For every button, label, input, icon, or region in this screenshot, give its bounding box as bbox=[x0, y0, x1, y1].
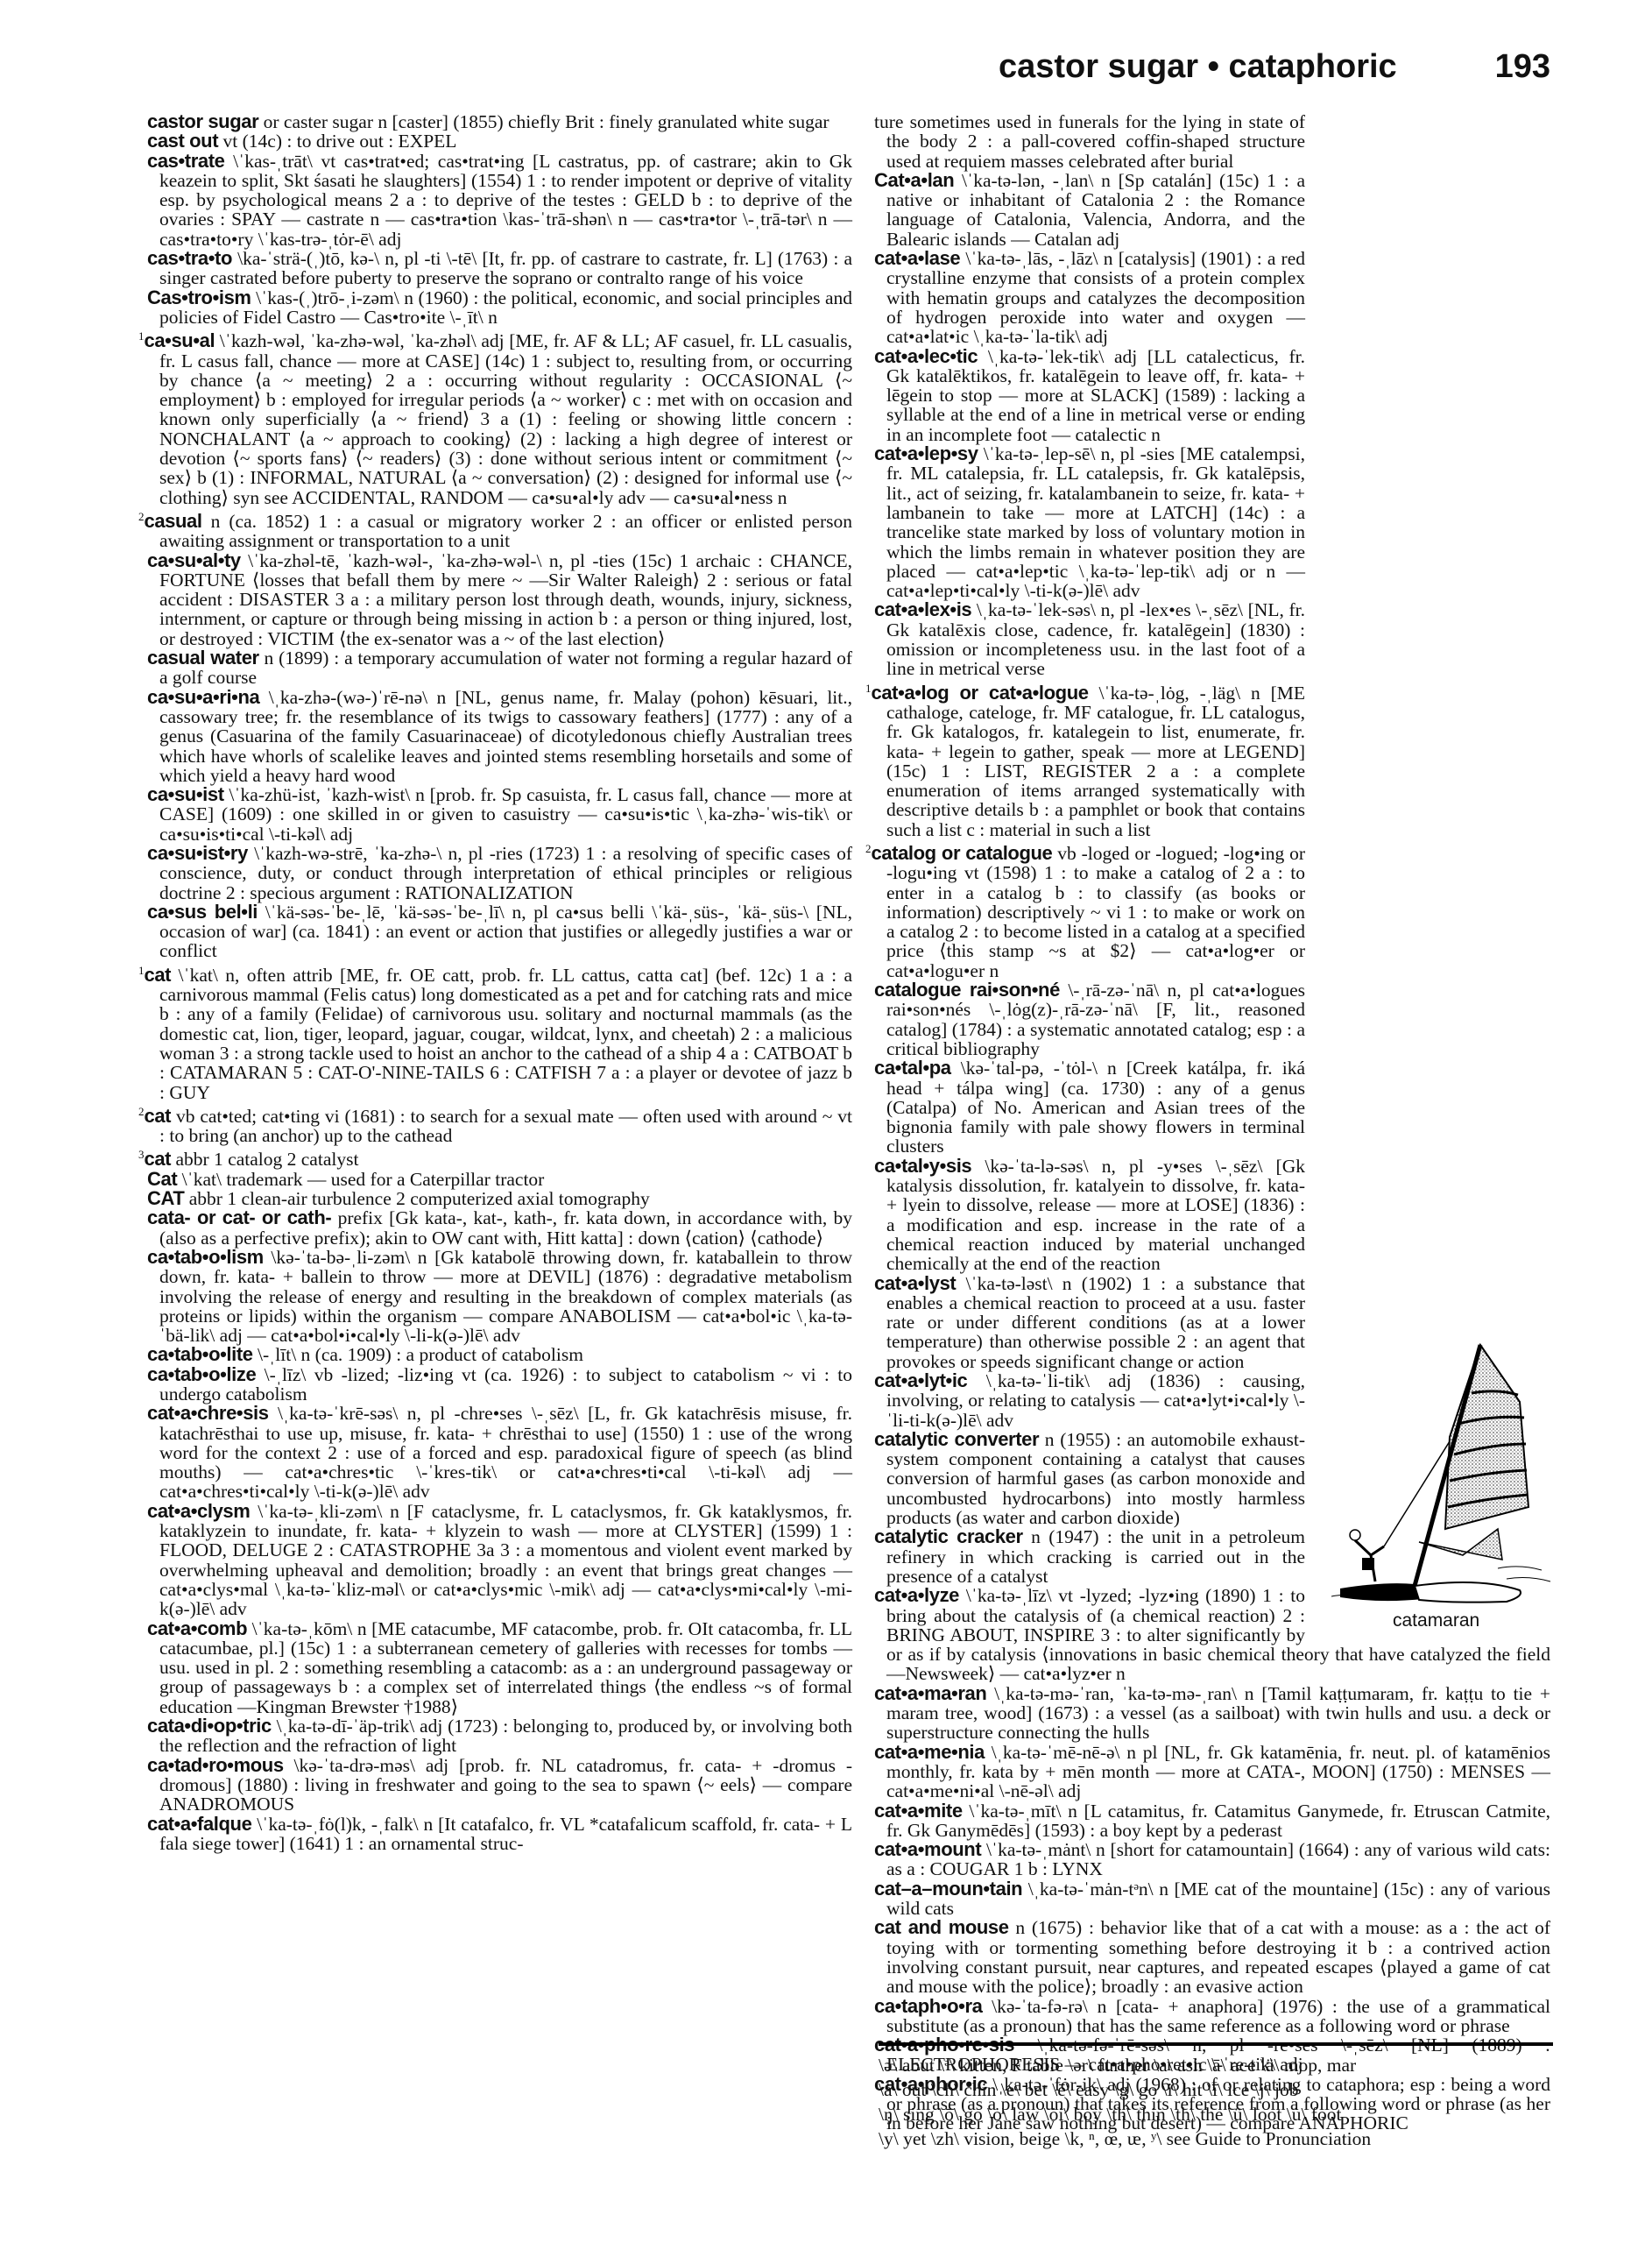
page-number: 193 bbox=[1495, 48, 1550, 86]
definition-text: \ˈkazh-wə-strē, ˈka-zhə-\ n, pl -ries (1… bbox=[159, 843, 852, 903]
headword: cat•a•mount bbox=[874, 1838, 981, 1860]
definition-text: \ˈkä-səs-ˈbe-ˌlē, ˈkä-səs-ˈbe-ˌlī\ n, pl… bbox=[159, 902, 852, 962]
headword: cat bbox=[145, 1148, 172, 1170]
dictionary-entry: ca•tad•ro•mous \kə-ˈta-drə-məs\ adj [pro… bbox=[147, 1756, 852, 1815]
definition-text: ture sometimes used in funerals for the … bbox=[874, 111, 1305, 172]
headword: catalogue rai•son•né bbox=[874, 979, 1060, 1001]
headword: ca•taph•o•ra bbox=[874, 1995, 982, 2017]
definition-text: \ˈka-tə-ˌlep-sē\ n, pl -sies [ME catalem… bbox=[886, 443, 1305, 601]
dictionary-entry: cas•trate \ˈkas-ˌtrāt\ vt cas•trat•ed; c… bbox=[147, 152, 852, 249]
definition-text: \kə-ˈta-fə-rə\ n [cata- + anaphora] (197… bbox=[886, 1996, 1550, 2036]
dictionary-entry: 2cat vb cat•ted; cat•ting vi (1681) : to… bbox=[147, 1102, 852, 1146]
dictionary-entry: cast out vt (14c) : to drive out : EXPEL bbox=[147, 131, 852, 151]
definition-text: vb cat•ted; cat•ting vi (1681) : to sear… bbox=[159, 1106, 852, 1146]
definition-text: \ˈka-zhü-ist, ˈkazh-wist\ n [prob. fr. S… bbox=[159, 784, 852, 845]
headword: cat•a•lec•tic bbox=[874, 345, 978, 367]
dictionary-entry: cata- or cat- or cath- prefix [Gk kata-,… bbox=[147, 1208, 852, 1248]
headword: cat–a–moun•tain bbox=[874, 1878, 1022, 1900]
dictionary-entry: cat•a•ma•ran \ˌka-tə-mə-ˈran, ˈka-tə-mə-… bbox=[874, 1684, 1550, 1743]
definition-text: \ˌka-tə-mə-ˈran, ˈka-tə-mə-ˌran\ n [Tami… bbox=[886, 1683, 1550, 1744]
dictionary-entry: ca•tab•o•lism \kə-ˈta-bə-ˌli-zəm\ n [Gk … bbox=[147, 1248, 852, 1345]
headword: cat•a•mite bbox=[874, 1800, 963, 1822]
dictionary-entry: casual water n (1899) : a temporary accu… bbox=[147, 648, 852, 688]
definition-text: \ˈkat\ trademark — used for a Caterpilla… bbox=[177, 1169, 544, 1190]
dictionary-entry: cat•a•chre•sis \ˌka-tə-ˈkrē-səs\ n, pl -… bbox=[147, 1404, 852, 1501]
headword: catalog or catalogue bbox=[872, 842, 1053, 864]
headword: ca•tal•y•sis bbox=[874, 1155, 971, 1177]
dictionary-entry: 2casual n (ca. 1852) 1 : a casual or mig… bbox=[147, 507, 852, 551]
definition-text: \ˈka-zhəl-tē, ˈkazh-wəl-, ˈka-zhə-wəl-\ … bbox=[159, 550, 852, 649]
dictionary-entry: cat•a•clysm \ˈka-tə-ˌkli-zəm\ n [F catac… bbox=[147, 1502, 852, 1619]
definition-text: \ˈka-tə-ˌmīt\ n [L catamitus, fr. Catami… bbox=[886, 1801, 1550, 1841]
definition-text: \ˈkat\ n, often attrib [ME, fr. OE catt,… bbox=[159, 965, 852, 1103]
headword: casual water bbox=[147, 647, 259, 669]
dictionary-entry: cata•di•op•tric \ˌka-tə-dī-ˈäp-trik\ adj… bbox=[147, 1716, 852, 1756]
definition-text: \kə-ˈta-bə-ˌli-zəm\ n [Gk katabolē throw… bbox=[159, 1247, 852, 1346]
pronunciation-line: \ȧ\ out \ch\ chin \e\ bet \ē\ easy \g\ … bbox=[879, 2077, 1553, 2102]
headword: ca•tad•ro•mous bbox=[147, 1754, 284, 1776]
dictionary-entry: ca•su•ist•ry \ˈkazh-wə-strē, ˈka-zhə-\ n… bbox=[147, 844, 852, 902]
pronunciation-line: \ə\ abut \ᵊ\ kitten, F table \ər\ furthe… bbox=[879, 2053, 1553, 2077]
headword: cat bbox=[145, 1105, 172, 1127]
headword: casual bbox=[145, 510, 202, 532]
definition-text: \ˈka-tə-ˌlȯg, -ˌläg\ n [ME cathaloge, ca… bbox=[886, 683, 1305, 840]
dictionary-entry: cat•a•falque \ˈka-tə-ˌfȯ(l)k, -ˌfalk\ n … bbox=[147, 1815, 852, 1854]
dictionary-entry: 1cat•a•log or cat•a•logue \ˈka-tə-ˌlȯg, … bbox=[874, 679, 1550, 839]
headword: cas•tra•to bbox=[147, 247, 232, 269]
illustration-caption: catamaran bbox=[1393, 1610, 1479, 1631]
headword: ca•tab•o•lism bbox=[147, 1246, 264, 1268]
definition-text: \ˈka-tə-ˌkōm\ n [ME catacumbe, MF cataco… bbox=[159, 1618, 852, 1717]
dictionary-entry: ca•tal•y•sis \kə-ˈta-lə-səs\ n, pl -y•se… bbox=[874, 1157, 1550, 1274]
definition-text: \-ˌlīt\ n (ca. 1909) : a product of cata… bbox=[253, 1344, 583, 1365]
definition-text: vb -loged or -logued; -log•ing or -logu•… bbox=[886, 843, 1305, 981]
running-header: castor sugar • cataphoric 193 bbox=[990, 48, 1550, 92]
dictionary-entry: CAT abbr 1 clean-air turbulence 2 comput… bbox=[147, 1189, 852, 1208]
dictionary-entry: cat•a•lep•sy \ˈka-tə-ˌlep-sē\ n, pl -sie… bbox=[874, 444, 1550, 600]
headword: cat bbox=[145, 964, 172, 986]
dictionary-entry: ca•tal•pa \kə-ˈtal-pə, -ˈtȯl-\ n [Creek … bbox=[874, 1058, 1550, 1156]
headword: castor sugar bbox=[147, 110, 258, 132]
column-left: castor sugar or caster sugar n [caster] … bbox=[147, 112, 852, 1853]
headword: cat•a•lep•sy bbox=[874, 442, 978, 464]
dictionary-entry: cat•a•me•nia \ˌka-tə-ˈmē-nē-ə\ n pl [NL,… bbox=[874, 1743, 1550, 1801]
pronunciation-line: \ŋ\ sing \ō\ go \ȯ\ law \ȯi\ boy \th\ th… bbox=[879, 2102, 1553, 2126]
dictionary-entry: catalogue rai•son•né \-ˌrā-zə-ˈnā\ n, pl… bbox=[874, 980, 1550, 1058]
headword: ca•tab•o•lize bbox=[147, 1363, 256, 1385]
guide-words: castor sugar • cataphoric bbox=[999, 48, 1397, 86]
dictionary-entry: ca•sus bel•li \ˈkä-səs-ˈbe-ˌlē, ˈkä-səs-… bbox=[147, 902, 852, 961]
sailboat-icon bbox=[1331, 1341, 1555, 1603]
dictionary-entry: 1cat \ˈkat\ n, often attrib [ME, fr. OE … bbox=[147, 961, 852, 1102]
dictionary-entry: ture sometimes used in funerals for the … bbox=[874, 112, 1550, 171]
dictionary-entry: castor sugar or caster sugar n [caster] … bbox=[147, 112, 852, 131]
headword: catalytic converter bbox=[874, 1428, 1039, 1450]
headword: cat•a•me•nia bbox=[874, 1741, 985, 1763]
headword: Cat•a•lan bbox=[874, 169, 954, 191]
headword: cat•a•lyze bbox=[874, 1584, 959, 1606]
dictionary-entry: 2catalog or catalogue vb -loged or -logu… bbox=[874, 839, 1550, 980]
dictionary-entry: Cas•tro•ism \ˈkas-(ˌ)trō-ˌi-zəm\ n (1960… bbox=[147, 288, 852, 328]
dictionary-entry: cat and mouse n (1675) : behavior like t… bbox=[874, 1918, 1550, 1996]
dictionary-entry: cat–a–moun•tain \ˌka-tə-ˈmȧn-tᵊn\ n [ME… bbox=[874, 1879, 1550, 1919]
dictionary-entry: 3cat abbr 1 catalog 2 catalyst bbox=[147, 1145, 852, 1169]
headword: cat•a•lyst bbox=[874, 1272, 956, 1294]
headword: CAT bbox=[147, 1187, 184, 1209]
dictionary-entry: ca•tab•o•lite \-ˌlīt\ n (ca. 1909) : a p… bbox=[147, 1345, 852, 1364]
definition-text: \ˈka-tə-ˌfȯ(l)k, -ˌfalk\ n [It catafalco… bbox=[159, 1814, 852, 1854]
headword: cat•a•lase bbox=[874, 247, 960, 269]
headword: cat•a•lyt•ic bbox=[874, 1369, 967, 1391]
definition-text: \ˌka-tə-ˈmē-nē-ə\ n pl [NL, fr. Gk katam… bbox=[886, 1742, 1550, 1802]
headword: cata- or cat- or cath- bbox=[147, 1206, 331, 1228]
dictionary-entry: ca•tab•o•lize \-ˌlīz\ vb -lized; -liz•in… bbox=[147, 1365, 852, 1405]
dictionary-entry: cat•a•lec•tic \ˌka-tə-ˈlek-tik\ adj [LL … bbox=[874, 347, 1550, 444]
headword: catalytic cracker bbox=[874, 1525, 1023, 1547]
pronunciation-key: \ə\ abut \ᵊ\ kitten, F table \ər\ furthe… bbox=[879, 2042, 1553, 2151]
dictionary-entry: 1ca•su•al \ˈkazh-wəl, ˈka-zhə-wəl, ˈka-z… bbox=[147, 327, 852, 507]
dictionary-entry: cat•a•mount \ˈka-tə-ˌmȧnt\ n [short for… bbox=[874, 1840, 1550, 1879]
headword: ca•su•al bbox=[145, 329, 215, 351]
definition-text: \ˈka-tə-ˌkli-zəm\ n [F cataclysme, fr. L… bbox=[159, 1501, 852, 1619]
headword: cat•a•clysm bbox=[147, 1500, 250, 1522]
dictionary-entry: Cat•a•lan \ˈka-tə-lən, -ˌlan\ n [Sp cata… bbox=[874, 171, 1550, 249]
dictionary-entry: ca•su•a•ri•na \ˌka-zhə-(wə-)ˈrē-nə\ n [N… bbox=[147, 688, 852, 785]
dictionary-entry: cat•a•comb \ˈka-tə-ˌkōm\ n [ME catacumbe… bbox=[147, 1619, 852, 1716]
dictionary-entry: cat•a•mite \ˈka-tə-ˌmīt\ n [L catamitus,… bbox=[874, 1801, 1550, 1841]
dictionary-entry: ca•su•ist \ˈka-zhü-ist, ˈkazh-wist\ n [p… bbox=[147, 785, 852, 844]
catamaran-illustration bbox=[1331, 1341, 1555, 1603]
definition-text: \ˈkas-ˌtrāt\ vt cas•trat•ed; cas•trat•in… bbox=[159, 151, 852, 250]
headword: ca•su•al•ty bbox=[147, 549, 241, 571]
headword: ca•tal•pa bbox=[874, 1057, 951, 1079]
headword: ca•su•ist bbox=[147, 783, 224, 805]
definition-text: \-ˌlīz\ vb -lized; -liz•ing vt (ca. 1926… bbox=[159, 1364, 852, 1405]
headword: cata•di•op•tric bbox=[147, 1715, 272, 1737]
definition-text: n (1899) : a temporary accumulation of w… bbox=[159, 647, 852, 688]
definition-text: \ˈkas-(ˌ)trō-ˌi-zəm\ n (1960) : the poli… bbox=[159, 287, 852, 328]
headword: ca•su•ist•ry bbox=[147, 842, 248, 864]
column-right: ture sometimes used in funerals for the … bbox=[874, 112, 1550, 2133]
dictionary-entry: cat•a•lex•is \ˌka-tə-ˈlek-səs\ n, pl -le… bbox=[874, 600, 1550, 678]
headword: cat•a•chre•sis bbox=[147, 1402, 269, 1424]
headword: ca•sus bel•li bbox=[147, 901, 258, 923]
definition-text: \ˌka-zhə-(wə-)ˈrē-nə\ n [NL, genus name,… bbox=[159, 687, 852, 786]
definition-text: or caster sugar n [caster] (1855) chiefl… bbox=[258, 111, 829, 132]
definition-text: abbr 1 catalog 2 catalyst bbox=[171, 1149, 358, 1170]
dictionary-entry: Cat \ˈkat\ trademark — used for a Caterp… bbox=[147, 1170, 852, 1189]
headword: cat and mouse bbox=[874, 1916, 1009, 1938]
headword: ca•su•a•ri•na bbox=[147, 686, 259, 708]
headword: cat•a•ma•ran bbox=[874, 1682, 986, 1704]
dictionary-entry: ca•su•al•ty \ˈka-zhəl-tē, ˈkazh-wəl-, ˈk… bbox=[147, 551, 852, 648]
headword: cat•a•lex•is bbox=[874, 598, 971, 620]
pronunciation-line: \y\ yet \zh\ vision, beige \k, ⁿ, œ, ᵫ, … bbox=[879, 2126, 1553, 2151]
dictionary-entry: cat•a•lase \ˈka-tə-ˌlās, -ˌlāz\ n [catal… bbox=[874, 249, 1550, 346]
definition-text: \ka-ˈsträ-(ˌ)tō, kə-\ n, pl -ti \-tē\ [I… bbox=[159, 248, 852, 288]
dictionary-entry: cas•tra•to \ka-ˈsträ-(ˌ)tō, kə-\ n, pl -… bbox=[147, 249, 852, 288]
definition-text: vt (14c) : to drive out : EXPEL bbox=[218, 131, 456, 152]
headword: ca•tab•o•lite bbox=[147, 1343, 253, 1365]
definition-text: \ˈka-tə-ˌmȧnt\ n [short for catamountai… bbox=[886, 1839, 1550, 1879]
dictionary-entry: ca•taph•o•ra \kə-ˈta-fə-rə\ n [cata- + a… bbox=[874, 1997, 1550, 2036]
headword: cas•trate bbox=[147, 150, 225, 172]
headword: Cas•tro•ism bbox=[147, 287, 251, 308]
headword: cast out bbox=[147, 130, 218, 152]
headword: cat•a•falque bbox=[147, 1813, 251, 1835]
headword: cat•a•comb bbox=[147, 1617, 247, 1639]
headword: Cat bbox=[147, 1168, 177, 1190]
definition-text: \ˈkazh-wəl, ˈka-zhə-wəl, ˈka-zhəl\ adj [… bbox=[159, 330, 852, 507]
headword: cat•a•log or cat•a•logue bbox=[872, 682, 1089, 704]
definition-text: n (ca. 1852) 1 : a casual or migratory w… bbox=[159, 511, 852, 551]
